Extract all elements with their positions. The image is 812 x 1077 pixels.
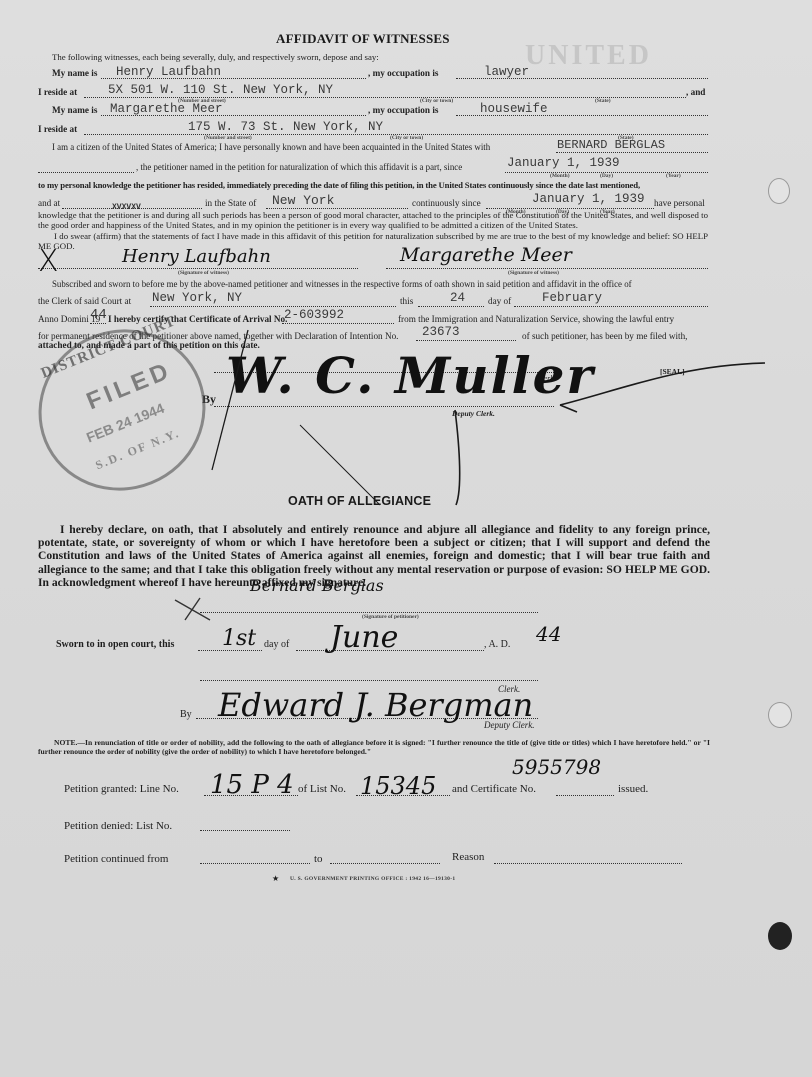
certificate-no[interactable]: 5955798 (512, 755, 601, 779)
continued-from-line (200, 863, 310, 864)
label-to: to (314, 853, 323, 865)
label-ad: , A. D. (484, 639, 510, 650)
label-reason: Reason (452, 851, 484, 863)
oath-clerk-line (200, 680, 538, 681)
label-of-list: of List No. (298, 783, 346, 795)
naturalization-form-page: UNITED AFFIDAVIT OF WITNESSES The follow… (0, 0, 812, 1077)
deputy-signature: Edward J. Bergman (218, 686, 533, 724)
label-petition-denied: Petition denied: List No. (64, 820, 172, 832)
label-sworn-day-of: day of (264, 639, 289, 650)
sworn-day[interactable]: 1st (222, 626, 256, 651)
label-issued: issued. (618, 783, 648, 795)
label-certificate-no: and Certificate No. (452, 783, 536, 795)
sworn-year[interactable]: 44 (536, 622, 561, 646)
certificate-no-line (556, 795, 614, 796)
label-petition-continued: Petition continued from (64, 853, 168, 865)
continued-to-line (330, 863, 440, 864)
oath-label-by: By (180, 709, 192, 720)
label-sworn: Sworn to in open court, this (56, 639, 174, 650)
petitioner-signature-line (200, 612, 538, 613)
sworn-month[interactable]: June (330, 620, 398, 655)
printer-footer: U. S. GOVERNMENT PRINTING OFFICE : 1942 … (290, 876, 455, 882)
list-no[interactable]: 15345 (360, 772, 436, 800)
reason-line (494, 863, 682, 864)
line-no[interactable]: 15 P 4 (210, 770, 294, 800)
denied-list-line (200, 830, 290, 831)
oath-label-deputy-clerk: Deputy Clerk. (484, 720, 534, 730)
petitioner-signature: Bernard Berglas (250, 576, 384, 595)
label-petition-granted: Petition granted: Line No. (64, 783, 179, 795)
star-icon: ★ (272, 874, 279, 883)
oath-title: OATH OF ALLEGIANCE (288, 494, 431, 508)
note-text: NOTE.—In renunciation of title or order … (38, 738, 710, 756)
